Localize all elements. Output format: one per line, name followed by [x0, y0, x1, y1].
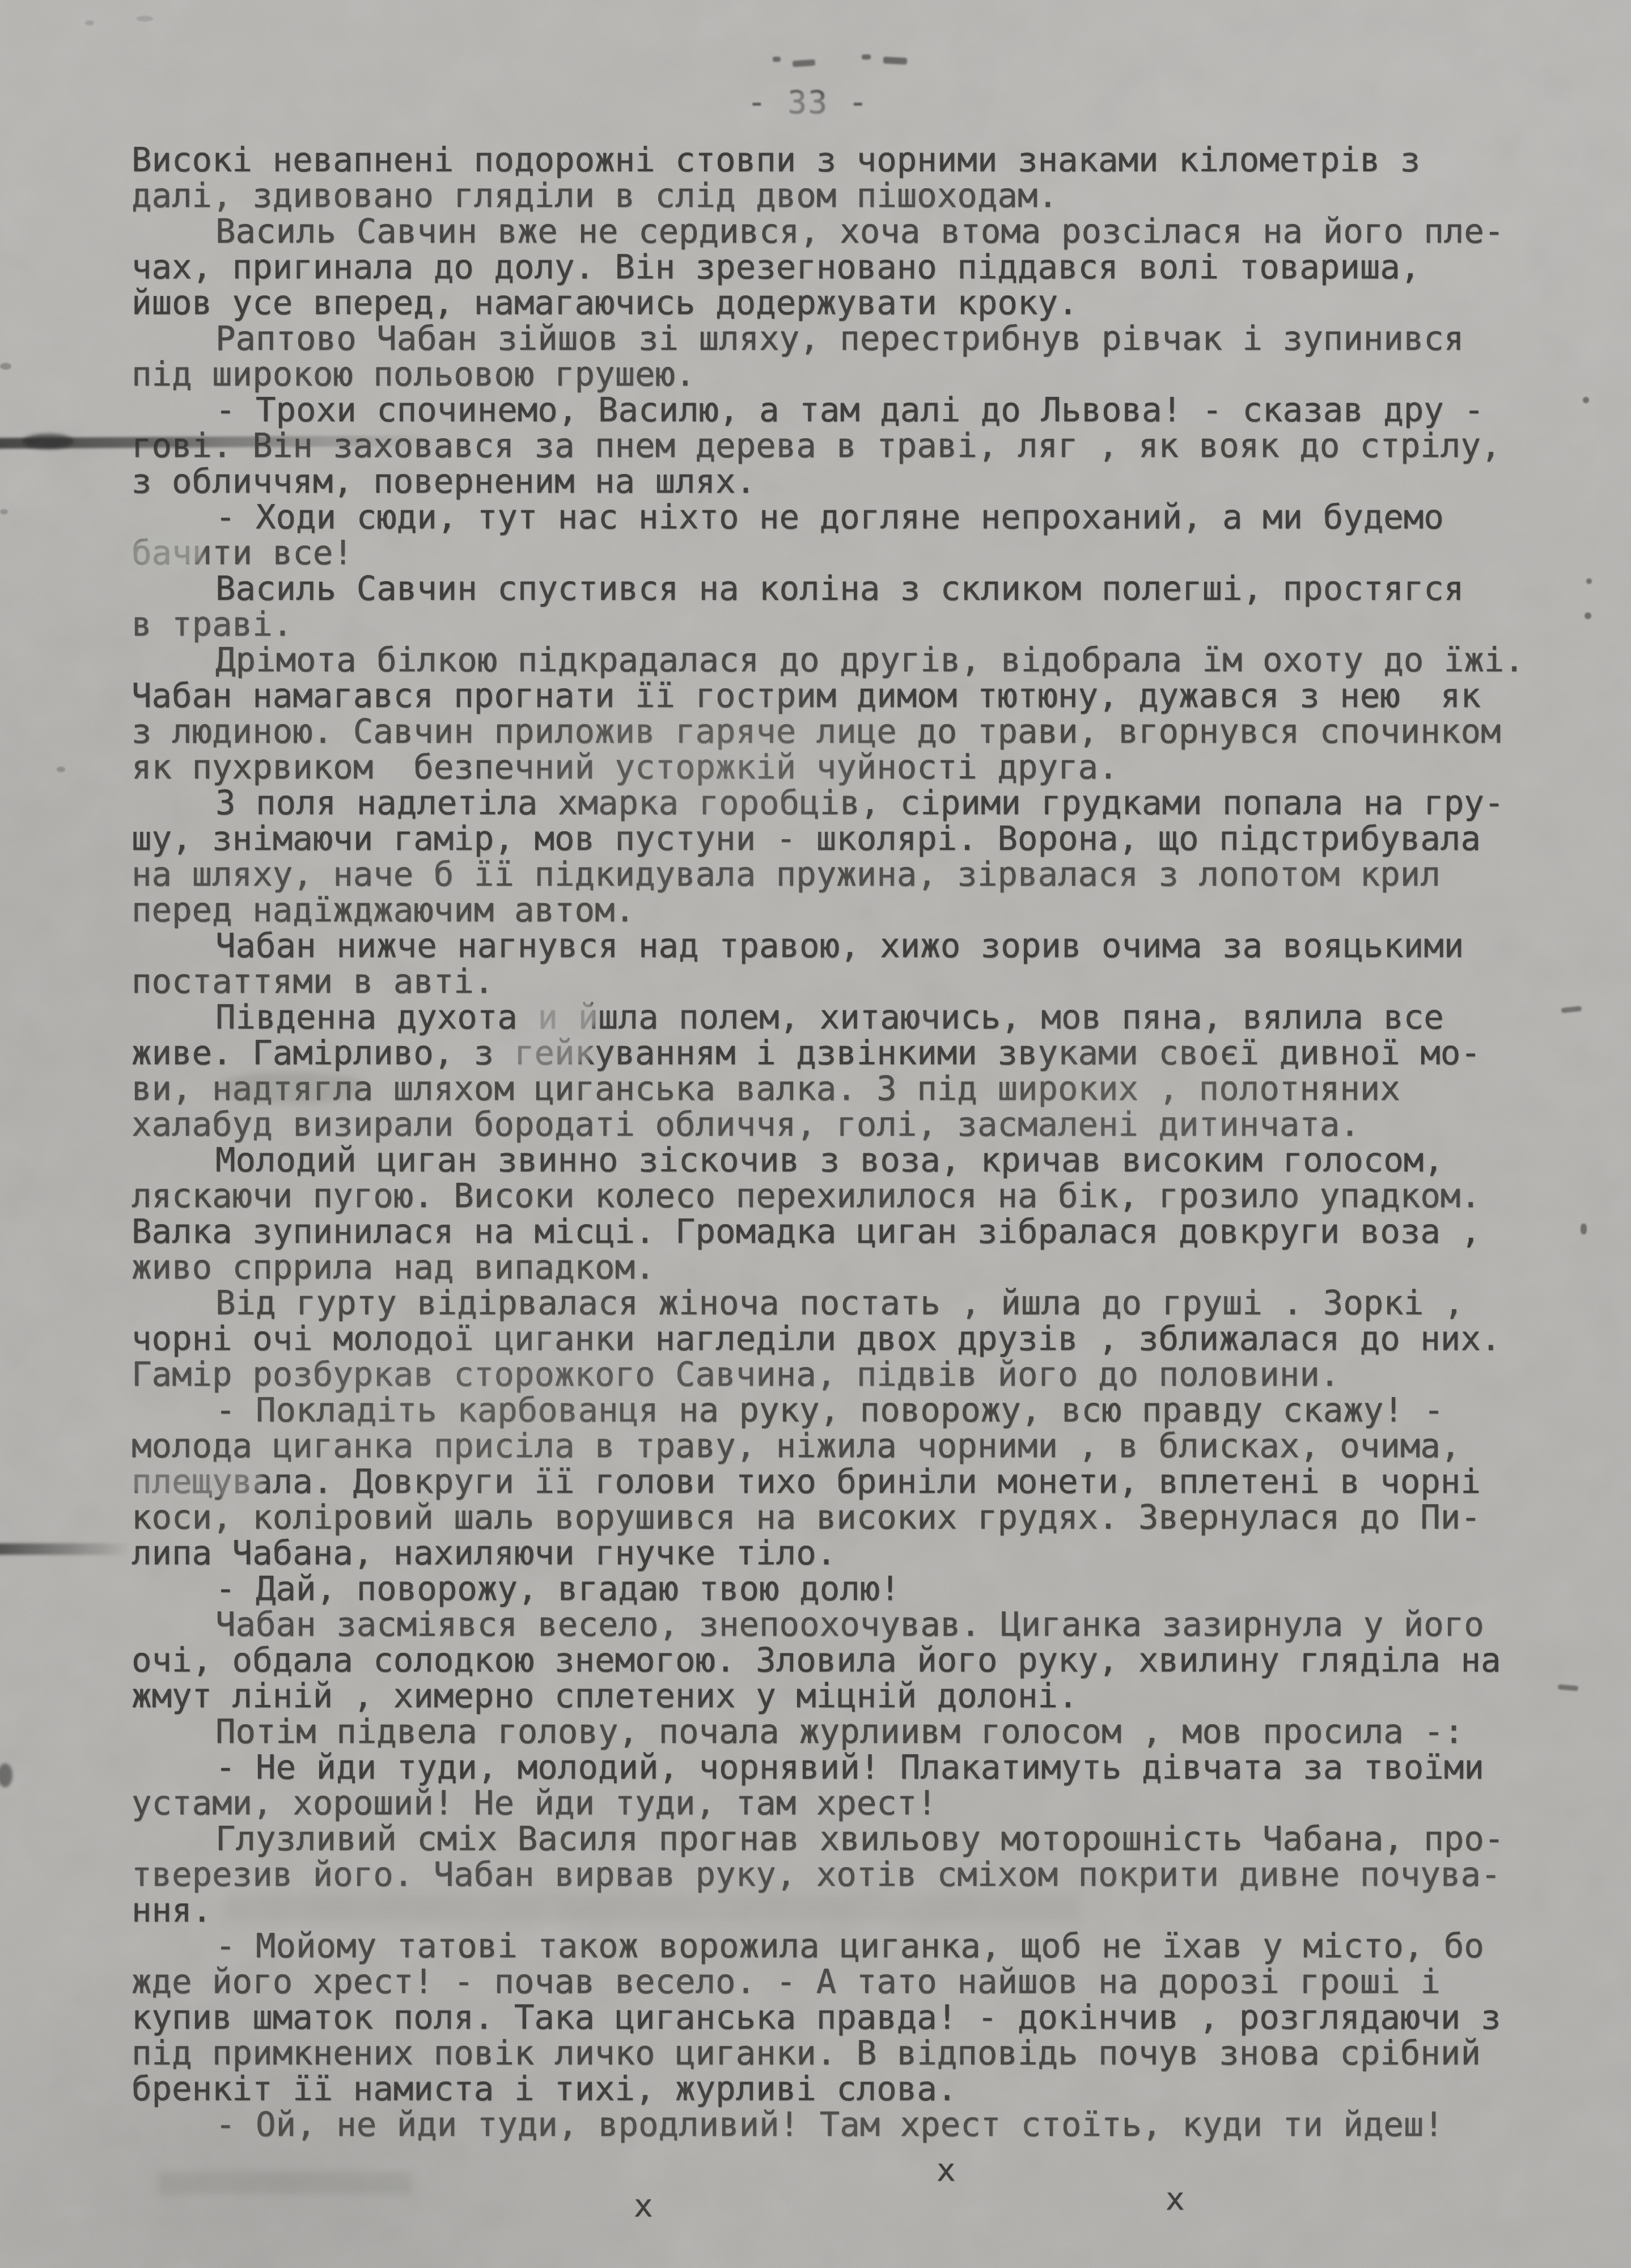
text-line: на шляху, наче б її підкидувала пружина,…	[132, 856, 1524, 892]
text-line: - Дай, поворожу, вгадаю твою долю!	[132, 1571, 1524, 1606]
text-line: липа Чабана, нахиляючи гнучке тіло.	[132, 1535, 1524, 1571]
text-line: перед надїжджаючим автом.	[132, 892, 1524, 928]
margin-speck	[0, 509, 8, 514]
text-line: бренкіт її намиста і тихі, журливі слова…	[132, 2071, 1524, 2106]
text-line: Дрімота білкою підкрадалася до другів, в…	[132, 642, 1524, 678]
text-line: Потім підвела голову, почала журлиивм го…	[132, 1713, 1524, 1749]
left-margin-blob	[0, 1763, 12, 1787]
text-line: під широкою польовою грушею.	[132, 356, 1524, 392]
top-smudge-mark	[862, 54, 871, 60]
text-line: Від гурту відірвалася жіноча постать , й…	[132, 1285, 1524, 1321]
text-line: Чабан засміявся весело, знепоохочував. Ц…	[132, 1606, 1524, 1642]
margin-speck	[0, 363, 11, 370]
text-line: ви, надтягла шляхом циганська валка. З п…	[132, 1070, 1524, 1106]
text-line: живе. Гамірливо, з гейкуванням і дзвінки…	[132, 1035, 1524, 1070]
text-line: - Не йди туди, молодий, чорнявий! Плакат…	[132, 1749, 1524, 1785]
text-line: гові. Він заховався за пнем дерева в тра…	[132, 428, 1524, 463]
text-line: З поля надлетіла хмарка горобців, сірими…	[132, 785, 1524, 820]
text-line: жмут ліній , химерно сплетених у міцній …	[132, 1678, 1524, 1713]
footer-x-mark: х	[634, 2187, 653, 2224]
margin-tilde-mark	[1558, 1684, 1579, 1691]
top-smudge-mark	[793, 60, 816, 67]
text-line: чорні очі молодої циганки нагледіли двох…	[132, 1321, 1524, 1356]
manuscript-page: - 33 - Високі невапнені подорожні стовпи…	[0, 0, 1631, 2268]
text-line: з обличчям, поверненим на шлях.	[132, 463, 1524, 499]
text-line: ння.	[132, 1892, 1524, 1928]
text-line: під примкнених повік личко циганки. В ві…	[132, 2035, 1524, 2071]
ghost-text-smudge	[159, 2172, 411, 2194]
text-line: халабуд визирали бородаті обличчя, голі,…	[132, 1106, 1524, 1142]
margin-speck	[136, 16, 153, 22]
text-line: постаттями в авті.	[132, 963, 1524, 999]
text-line: живо спррила над випадком.	[132, 1249, 1524, 1285]
text-line: - Ходи сюди, тут нас ніхто не догляне не…	[132, 499, 1524, 535]
text-line: - Ой, не йди туди, вродливий! Там хрест …	[132, 2106, 1524, 2142]
margin-speck	[1581, 1224, 1587, 1234]
typewritten-lines: Високі невапнені подорожні стовпи з чорн…	[132, 142, 1524, 2142]
text-line: Василь Савчин вже не сердився, хоча втом…	[132, 213, 1524, 249]
top-smudge-mark	[773, 57, 781, 62]
text-line: Валка зупинилася на місці. Громадка цига…	[132, 1213, 1524, 1249]
text-line: Південна духота и йшла полем, хитаючись,…	[132, 999, 1524, 1035]
text-line: з людиною. Савчин приложив гаряче лице д…	[132, 713, 1524, 749]
text-line: жде його хрест! - почав весело. - А тато…	[132, 1964, 1524, 1999]
text-line: як пухрвиком безпечний усторжкій чуйност…	[132, 749, 1524, 785]
margin-speck	[1586, 578, 1592, 584]
text-line: Високі невапнені подорожні стовпи з чорн…	[132, 142, 1524, 177]
margin-speck	[1585, 612, 1591, 619]
text-line: - Покладіть карбованця на руку, поворожу…	[132, 1392, 1524, 1428]
text-line: в траві.	[132, 606, 1524, 642]
text-line: очі, обдала солодкою знемогою. Зловила й…	[132, 1642, 1524, 1678]
margin-speck	[57, 767, 65, 772]
text-line: Гамір розбуркав сторожкого Савчина, підв…	[132, 1356, 1524, 1392]
text-line: Раптово Чабан зійшов зі шляху, перестриб…	[132, 320, 1524, 356]
text-line: плещувала. Довкруги її голови тихо брині…	[132, 1463, 1524, 1499]
top-smudge-mark	[883, 57, 908, 65]
text-line: Чабан нижче нагнувся над травою, хижо зо…	[132, 928, 1524, 963]
text-line: ляскаючи пугою. Високи колесо перехилило…	[132, 1178, 1524, 1213]
text-line: тверезив його. Чабан вирвав руку, хотів …	[132, 1856, 1524, 1892]
text-line: далі, здивовано гляділи в слід двом пішо…	[132, 177, 1524, 213]
text-line: молода циганка присіла в траву, ніжила ч…	[132, 1428, 1524, 1463]
text-line: бачити все!	[132, 535, 1524, 570]
text-line: Чабан намагався прогнати її гострим димо…	[132, 678, 1524, 713]
text-line: Василь Савчин спустився на коліна з скли…	[132, 570, 1524, 606]
ink-blob	[23, 434, 74, 449]
text-line: Глузливий сміх Василя прогнав хвильову м…	[132, 1821, 1524, 1856]
margin-speck	[1583, 397, 1589, 403]
text-line: купив шматок поля. Така циганська правда…	[132, 1999, 1524, 2035]
footer-x-mark: х	[937, 2152, 956, 2189]
text-line: йшов усе вперед, намагаючись додержувати…	[132, 285, 1524, 320]
left-margin-smear	[0, 1543, 130, 1555]
text-line: устами, хороший! Не йди туди, там хрест!	[132, 1785, 1524, 1821]
text-line: чах, пригинала до долу. Він зрезегновано…	[132, 249, 1524, 285]
text-line: - Мойому татові також ворожила циганка, …	[132, 1928, 1524, 1964]
margin-speck	[85, 20, 94, 26]
text-line: - Трохи спочинемо, Василю, а там далі до…	[132, 392, 1524, 428]
page-number: - 33 -	[747, 84, 869, 121]
margin-tilde-mark	[1561, 1006, 1582, 1013]
footer-x-mark: х	[1166, 2181, 1185, 2218]
text-line: коси, коліровий шаль ворушився на високи…	[132, 1499, 1524, 1535]
text-line: Молодий циган звинно зіскочив з воза, кр…	[132, 1142, 1524, 1178]
text-line: шу, знімаючи гамір, мов пустуни - школяр…	[132, 820, 1524, 856]
